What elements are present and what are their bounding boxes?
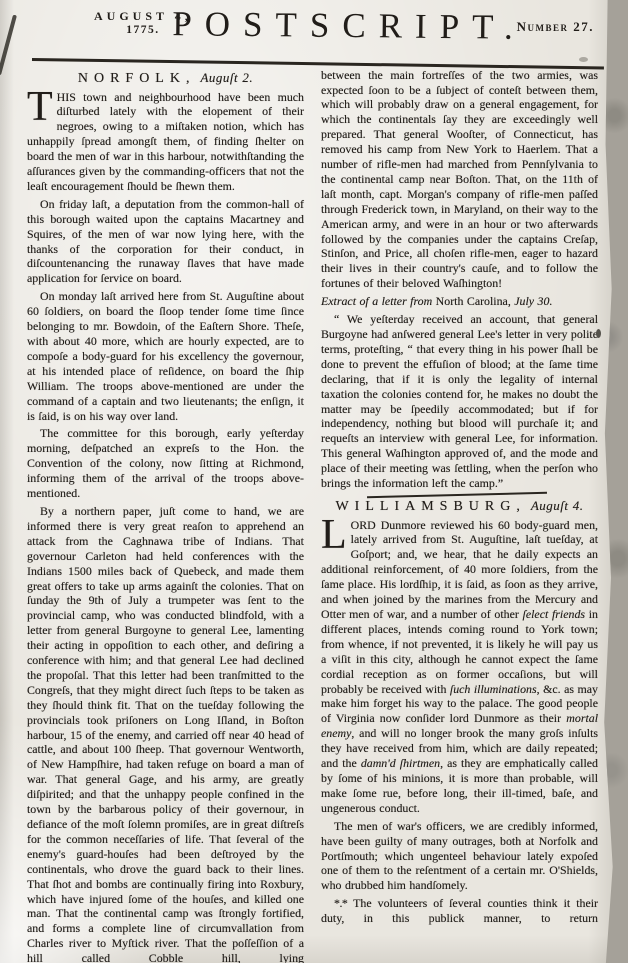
- issue-number: Number 27.: [517, 19, 594, 35]
- newspaper-page: AUGUST 4, 1775. POSTSCRIPT. Number 27. N…: [0, 0, 628, 963]
- paragraph: The men of war's officers, we are credib…: [321, 819, 598, 894]
- extract-paragraph: “ We yeſterday received an account, that…: [321, 312, 598, 491]
- paragraph-text: HIS town and neighbourhood have been muc…: [27, 90, 304, 193]
- footnote-paragraph: *.* The volunteers of ſeveral counties t…: [321, 896, 598, 926]
- williamsburg-place: WILLIAMSBURG,: [335, 499, 525, 514]
- norfolk-place: NORFOLK,: [78, 71, 196, 86]
- norfolk-dateline: Auguſt 2.: [200, 70, 253, 85]
- paragraph-text: The volunteers of ſeveral counties think…: [321, 896, 598, 925]
- drop-cap-t: T: [27, 90, 57, 122]
- paragraph-text: between the main fortreſſes of the two a…: [321, 68, 598, 291]
- section-rule: [367, 492, 547, 498]
- paragraph-text: The men of war's officers, we are credib…: [321, 819, 598, 893]
- left-column: NORFOLK,Auguſt 2. THIS town and neighbou…: [27, 68, 304, 963]
- ink-speck: [579, 57, 588, 62]
- extract-heading-text: Extract of a letter from North Carolina,…: [321, 294, 552, 308]
- paragraph: The committee for this borough, early ye…: [27, 426, 304, 501]
- norfolk-heading: NORFOLK,Auguſt 2.: [27, 71, 304, 87]
- paragraph: THIS town and neighbourhood have been mu…: [27, 90, 304, 194]
- paragraph: between the main fortreſſes of the two a…: [321, 68, 598, 292]
- williamsburg-heading: WILLIAMSBURG,Auguſt 4.: [321, 499, 598, 515]
- paragraph: LORD Dunmore reviewed his 60 body-guard …: [321, 518, 598, 816]
- right-column: between the main fortreſſes of the two a…: [321, 68, 598, 963]
- williamsburg-dateline: Auguſt 4.: [531, 498, 584, 513]
- paragraph-text: By a northern paper, juſt come to hand, …: [27, 504, 304, 963]
- newspaper-scan: AUGUST 4, 1775. POSTSCRIPT. Number 27. N…: [0, 0, 628, 963]
- paragraph: On friday laſt, a deputation from the co…: [27, 197, 304, 286]
- ink-speck: [596, 329, 601, 338]
- paragraph-text: ORD Dunmore reviewed his 60 body-guard m…: [321, 518, 598, 815]
- paragraph-text: “ We yeſterday received an account, that…: [321, 312, 598, 490]
- paragraph-text: On friday laſt, a deputation from the co…: [27, 197, 304, 286]
- paragraph-text: The committee for this borough, early ye…: [27, 426, 304, 500]
- newspaper-title: POSTSCRIPT.: [120, 4, 578, 49]
- asterism-mark: *.*: [334, 896, 347, 910]
- page-columns: NORFOLK,Auguſt 2. THIS town and neighbou…: [0, 66, 628, 963]
- drop-cap-l: L: [321, 518, 351, 550]
- paragraph: By a northern paper, juſt come to hand, …: [27, 504, 304, 963]
- paragraph: On monday laſt arrived here from St. Aug…: [27, 289, 304, 423]
- extract-heading: Extract of a letter from North Carolina,…: [321, 294, 598, 309]
- paragraph-text: On monday laſt arrived here from St. Aug…: [27, 289, 304, 422]
- masthead: AUGUST 4, 1775. POSTSCRIPT. Number 27.: [0, 0, 628, 58]
